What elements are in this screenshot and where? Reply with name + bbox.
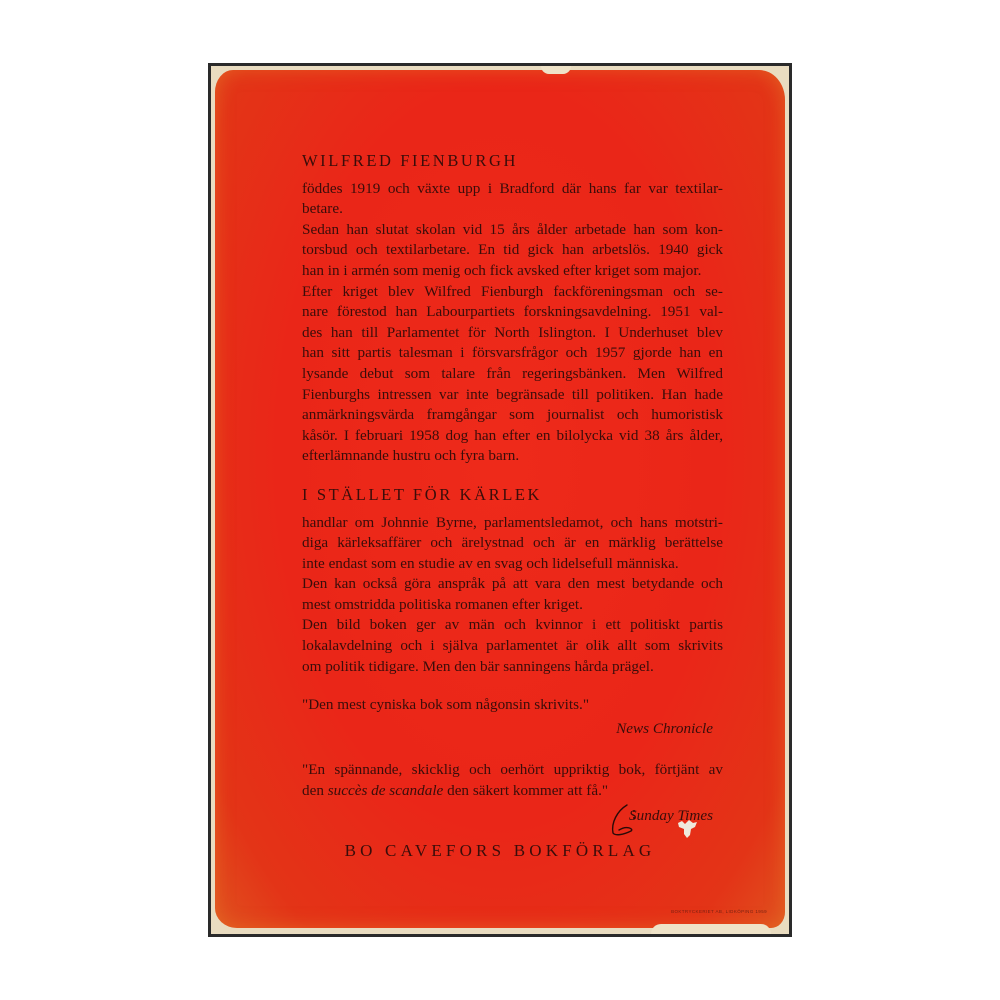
quote-italic-phrase: succès de scandale (328, 782, 444, 799)
edge-wear (651, 924, 771, 934)
text-line: diga kärleksaffärer och ärelystnad och ä… (302, 533, 723, 554)
review-source: Sunday Times (302, 806, 723, 827)
text-line: Den kan också göra anspråk på att vara d… (302, 574, 723, 595)
text-line: inte endast som en studie av en svag och… (302, 554, 723, 575)
text-line: betare. (302, 199, 723, 220)
book-title-heading: I STÄLLET FÖR KÄRLEK (302, 485, 723, 506)
edge-wear (541, 66, 571, 74)
text-line: föddes 1919 och växte upp i Bradford där… (302, 179, 723, 200)
text-line: lokalavdelning och i själva parlamentet … (302, 636, 723, 657)
text-line: Sedan han slutat skolan vid 15 års ålder… (302, 220, 723, 241)
text-line: han in i armén som menig och fick avsked… (302, 261, 723, 282)
text-line: Den bild boken ger av män och kvinnor i … (302, 615, 723, 636)
text-line: mest omstridda politiska romanen efter k… (302, 595, 723, 616)
review-news-chronicle: "Den mest cyniska bok som någonsin skriv… (302, 695, 723, 739)
red-cover-surface: WILFRED FIENBURGH föddes 1919 och växte … (215, 70, 785, 928)
quote-prefix: den (302, 782, 328, 799)
review-quote-line-1: "En spännande, skicklig och oerhört uppr… (302, 760, 723, 781)
cover-text-block: WILFRED FIENBURGH föddes 1919 och växte … (302, 151, 723, 826)
handwritten-price-mark (607, 803, 641, 837)
text-line: torsbud och textilarbetare. En tid gick … (302, 240, 723, 261)
text-line: lysande debut som talare från regeringsb… (302, 364, 723, 385)
paper-chip-damage (676, 820, 698, 838)
text-line: Efter kriget blev Wilfred Fienburgh fack… (302, 282, 723, 303)
text-line: om politik tidigare. Men den bär sanning… (302, 657, 723, 678)
review-source: News Chronicle (302, 719, 723, 740)
review-quote-line-2: den succès de scandale den säkert kommer… (302, 781, 723, 802)
book-back-cover-frame: WILFRED FIENBURGH föddes 1919 och växte … (208, 63, 792, 937)
text-line: Fienburghs intressen var inte begränsade… (302, 385, 723, 406)
text-line: kåsör. I februari 1958 dog han efter en … (302, 426, 723, 447)
publisher-name: BO CAVEFORS BOKFÖRLAG (215, 841, 785, 861)
text-line: han sitt partis talesman i försvarsfrågo… (302, 343, 723, 364)
text-line: handlar om Johnnie Byrne, parlamentsleda… (302, 513, 723, 534)
review-quote: "Den mest cyniska bok som någonsin skriv… (302, 695, 723, 716)
text-line: efterlämnande hustru och fyra barn. (302, 446, 723, 467)
quote-suffix: den säkert kommer att få." (443, 782, 608, 799)
author-heading: WILFRED FIENBURGH (302, 151, 723, 172)
author-biography: föddes 1919 och växte upp i Bradford där… (302, 179, 723, 467)
text-line: anmärkningsvärda framgångar som journali… (302, 405, 723, 426)
text-line: des han till Parlamentet för North Islin… (302, 323, 723, 344)
text-line: nare förestod han Labourpartiets forskni… (302, 302, 723, 323)
review-sunday-times: "En spännande, skicklig och oerhört uppr… (302, 760, 723, 826)
book-description: handlar om Johnnie Byrne, parlamentsleda… (302, 513, 723, 678)
printer-imprint: BOKTRYCKERIET AB, LIDKÖPING 1959 (671, 909, 767, 914)
